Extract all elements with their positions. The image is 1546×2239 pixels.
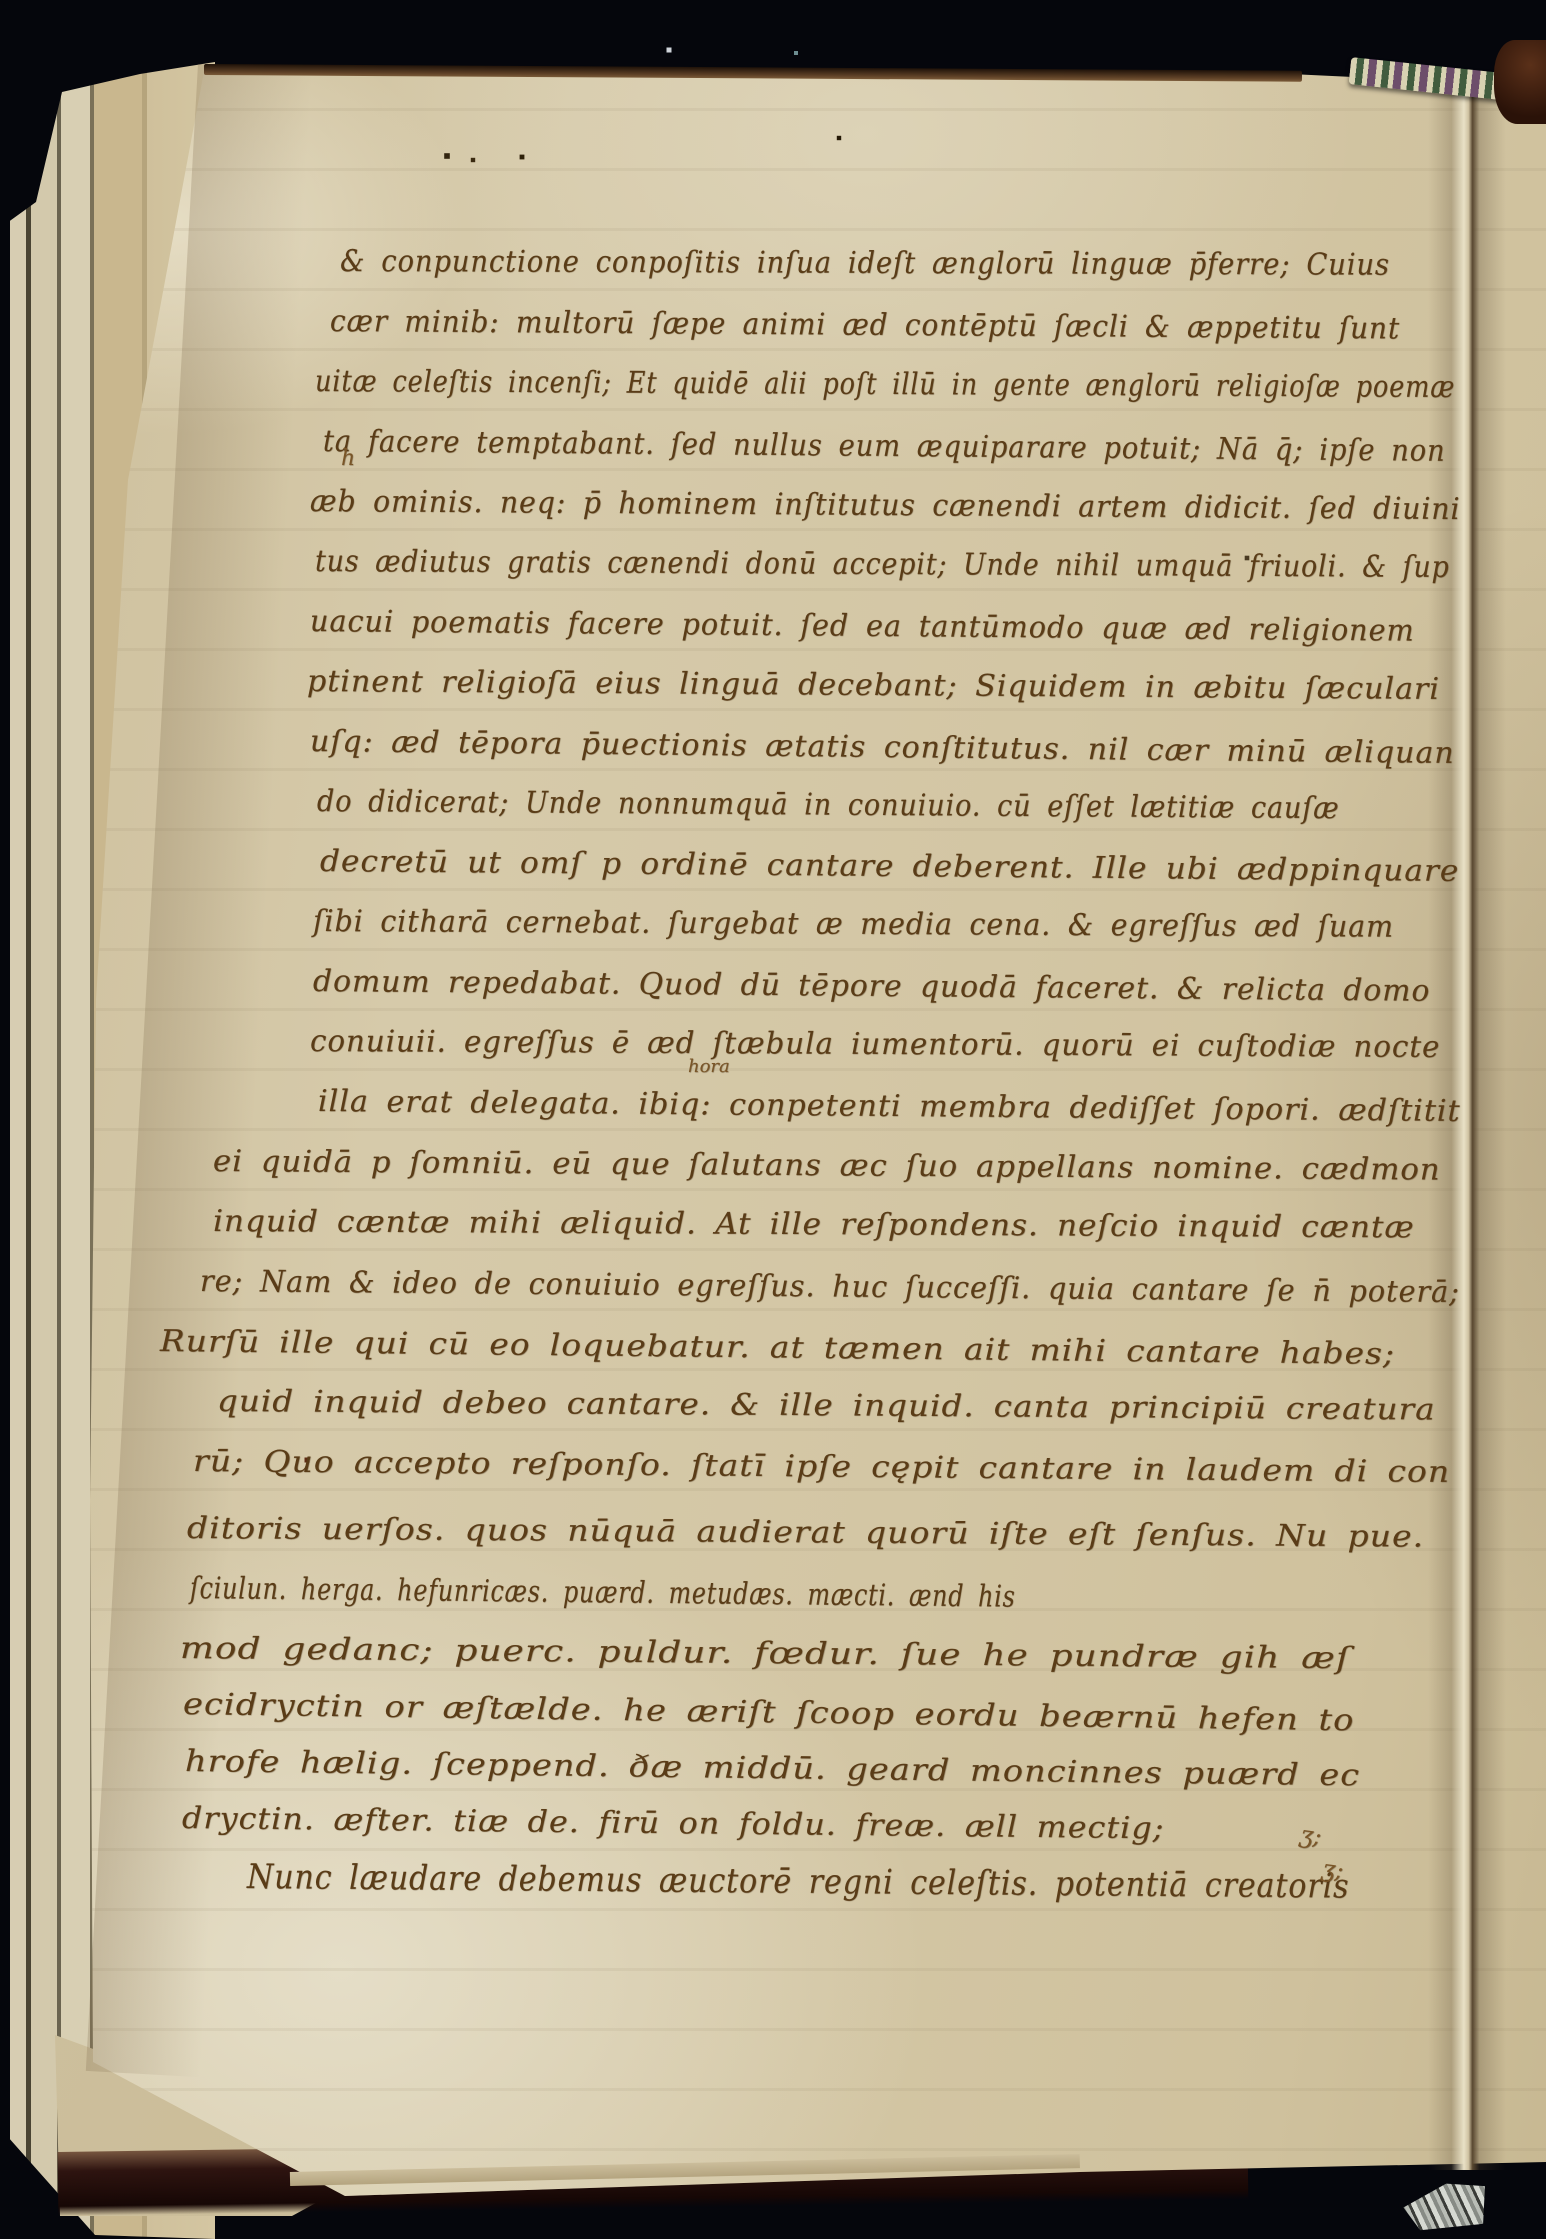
manuscript-line: uacui poematis facere potuit. ſed ea tan… — [310, 604, 1415, 649]
manuscript-line: ecidryctin or æſtælde. he æriſt ſcoop eo… — [183, 1687, 1355, 1738]
manuscript-line: domum repedabat. Quod dū tēpore quodā fa… — [313, 964, 1431, 1009]
manuscript-photo: & conpunctione conpoſitis inſua ideſt æn… — [0, 0, 1546, 2239]
manuscript-line: ptinent religioſā eius linguā decebant; … — [307, 664, 1440, 707]
manuscript-line: ſibi citharā cernebat. ſurgebat æ media … — [313, 904, 1394, 945]
interlinear-gloss: ʒ; — [1298, 1820, 1323, 1851]
manuscript-text-block: & conpunctione conpoſitis inſua ideſt æn… — [0, 0, 1546, 2239]
manuscript-line: uſq: æd tēpora p̄uectionis ætatis conſti… — [310, 724, 1455, 771]
manuscript-line: tus ædiutus gratis cænendi donū accepit;… — [315, 544, 1450, 585]
manuscript-line: quid inquid debeo cantare. & ille inquid… — [217, 1384, 1436, 1428]
interlinear-gloss: hora — [688, 1056, 730, 1077]
manuscript-line: cær minib: multorū ſæpe animi æd contēpt… — [330, 304, 1400, 346]
manuscript-line: dryctin. æfter. tiæ de. firū on foldu. f… — [182, 1801, 1165, 1846]
manuscript-line: ta facere temptabant. ſed nullus eum æqu… — [323, 424, 1446, 469]
manuscript-line: ſciulun. herga. hefunricæs. puærd. metud… — [190, 1571, 1016, 1615]
manuscript-line: mod gedanc; puerc. puldur. fœdur. ſue he… — [180, 1631, 1351, 1676]
interlinear-gloss: h — [341, 446, 355, 471]
manuscript-line: Rurſū ille qui cū eo loquebatur. at tæme… — [160, 1324, 1395, 1372]
manuscript-line: ditoris uerſos. quos nūquā audierat quor… — [187, 1511, 1424, 1555]
manuscript-line: ei quidā p ſomniū. eū que ſalutans æc ſu… — [213, 1144, 1441, 1188]
manuscript-line: Nunc læudare debemus æuctorē regni celeſ… — [247, 1857, 1350, 1907]
manuscript-line: illa erat delegata. ibiq: conpetenti mem… — [318, 1084, 1461, 1129]
manuscript-line: re; Nam & ideo de conuiuio egreſſus. huc… — [200, 1264, 1460, 1310]
manuscript-line: & conpunctione conpoſitis inſua ideſt æn… — [340, 244, 1390, 283]
manuscript-line: do didicerat; Unde nonnumquā in conuiuio… — [317, 784, 1340, 826]
interlinear-gloss: ʒ; — [1320, 1854, 1345, 1885]
manuscript-line: uitæ celeſtis incenſi; Et quidē alii poſ… — [315, 364, 1455, 405]
manuscript-line: æb ominis. neq: p̄ hominem inſtitutus cæ… — [310, 484, 1461, 527]
manuscript-line: rū; Quo accepto reſponſo. ſtatī ipſe cęp… — [193, 1444, 1450, 1490]
manuscript-line: inquid cæntæ mihi æliquid. At ille reſpo… — [213, 1204, 1415, 1245]
manuscript-line: hrofe hælig. ſceppend. ðæ middū. geard m… — [185, 1744, 1361, 1793]
manuscript-line: conuiuii. egreſſus ē æd ſtæbula iumentor… — [310, 1024, 1441, 1065]
manuscript-line: decretū ut omſ p ordinē cantare deberent… — [320, 844, 1460, 889]
